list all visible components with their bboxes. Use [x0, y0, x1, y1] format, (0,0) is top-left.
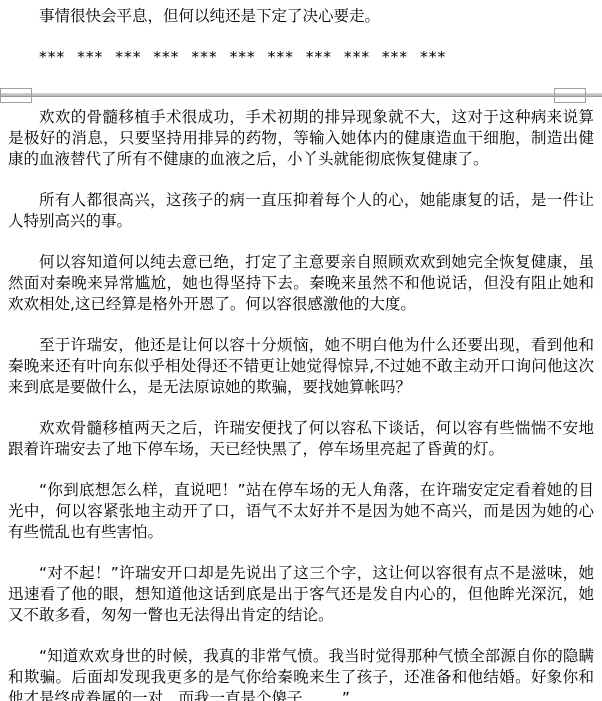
paragraph: 何以容知道何以纯去意已绝，打定了主意要亲自照顾欢欢到她完全恢复健康，虽然面对秦晚…: [8, 252, 594, 315]
paragraph: 欢欢的骨髓移植手术很成功，手术初期的排异现象就不大，这对于这种病来说算是极好的消…: [8, 107, 594, 170]
scene-separator: *** *** *** *** *** *** *** *** *** *** …: [8, 47, 594, 68]
paragraph: “你到底想怎么样，直说吧！”站在停车场的无人角落，在许瑞安定定看着她的目光中，何…: [8, 480, 594, 543]
page-break-line: [0, 93, 602, 97]
paragraph: 欢欢骨髓移植两天之后，许瑞安便找了何以容私下谈话，何以容有些惴惴不安地跟着许瑞安…: [8, 418, 594, 460]
page-break-marker-left: [0, 88, 32, 103]
paragraph: “知道欢欢身世的时候，我真的非常气愤。我当时觉得那种气愤全部源自你的隐瞒和欺骗。…: [8, 646, 594, 701]
paragraph: 所有人都很高兴，这孩子的病一直压抑着每个人的心，她能康复的话，是一件让人特别高兴…: [8, 190, 594, 232]
paragraph: 事情很快会平息，但何以纯还是下定了决心要走。: [8, 6, 594, 27]
page-break-marker-right: [554, 88, 586, 103]
page-break-divider: [0, 88, 602, 103]
document-page: { "page": { "background_color": "#ffffff…: [0, 0, 602, 701]
paragraph-list: 欢欢的骨髓移植手术很成功，手术初期的排异现象就不大，这对于这种病来说算是极好的消…: [8, 107, 594, 701]
paragraph: “对不起！”许瑞安开口却是先说出了这三个字，这让何以容很有点不是滋味，她迅速看了…: [8, 563, 594, 626]
novel-text-body: 事情很快会平息，但何以纯还是下定了决心要走。 *** *** *** *** *…: [0, 0, 602, 701]
paragraph: 至于许瑞安，他还是让何以容十分烦恼，她不明白他为什么还要出现，看到他和秦晚来还有…: [8, 335, 594, 398]
